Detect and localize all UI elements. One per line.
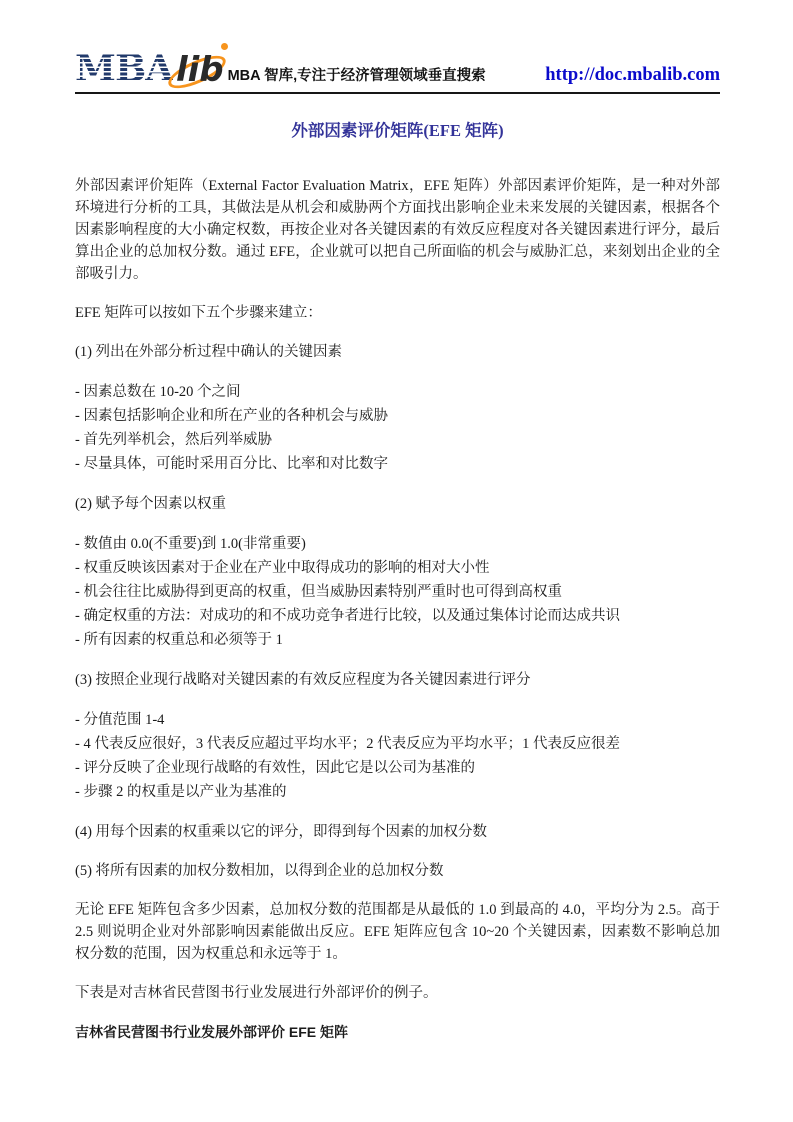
bullet-item: - 数值由 0.0(不重要)到 1.0(非常重要)	[75, 532, 720, 556]
site-tagline: MBA 智库,专注于经济管理领域垂直搜索	[228, 64, 486, 87]
bullet-item: - 步骤 2 的权重是以产业为基准的	[75, 780, 720, 804]
logo-dot-icon	[221, 43, 228, 50]
bullet-item: - 权重反映该因素对于企业在产业中取得成功的影响的相对大小性	[75, 556, 720, 580]
document-page: MBA lib MBA 智库,专注于经济管理领域垂直搜索 http://doc.…	[0, 0, 793, 1122]
logo-lib-text: lib	[176, 50, 224, 90]
step-2-title: (2) 赋予每个因素以权重	[75, 493, 720, 515]
bullet-item: - 因素包括影响企业和所在产业的各种机会与威胁	[75, 404, 720, 428]
logo-lib-group: lib	[176, 53, 224, 87]
step-5-title: (5) 将所有因素的加权分数相加，以得到企业的总加权分数	[75, 860, 720, 882]
mbalib-logo: MBA lib	[75, 50, 224, 87]
document-title: 外部因素评价矩阵(EFE 矩阵)	[75, 120, 720, 142]
doc-site-link[interactable]: http://doc.mbalib.com	[545, 65, 720, 87]
document-body: 外部因素评价矩阵(EFE 矩阵) 外部因素评价矩阵（External Facto…	[0, 94, 793, 1043]
summary-paragraph: 无论 EFE 矩阵包含多少因素，总加权分数的范围都是从最低的 1.0 到最高的 …	[75, 899, 720, 965]
table-note: 下表是对吉林省民营图书行业发展进行外部评价的例子。	[75, 982, 720, 1004]
intro-paragraph: 外部因素评价矩阵（External Factor Evaluation Matr…	[75, 175, 720, 285]
efe-table-title: 吉林省民营图书行业发展外部评价 EFE 矩阵	[75, 1021, 720, 1043]
bullet-item: - 尽量具体，可能时采用百分比、比率和对比数字	[75, 452, 720, 476]
bullet-item: - 首先列举机会，然后列举威胁	[75, 428, 720, 452]
bullet-item: - 分值范围 1-4	[75, 708, 720, 732]
bullet-item: - 确定权重的方法：对成功的和不成功竞争者进行比较，以及通过集体讨论而达成共识	[75, 604, 720, 628]
step-3-title: (3) 按照企业现行战略对关键因素的有效反应程度为各关键因素进行评分	[75, 669, 720, 691]
bullet-item: - 评分反映了企业现行战略的有效性，因此它是以公司为基准的	[75, 756, 720, 780]
bullet-item: - 机会往往比威胁得到更高的权重，但当威胁因素特别严重时也可得到高权重	[75, 580, 720, 604]
steps-lead-paragraph: EFE 矩阵可以按如下五个步骤来建立：	[75, 302, 720, 324]
bullet-item: - 4 代表反应很好，3 代表反应超过平均水平；2 代表反应为平均水平；1 代表…	[75, 732, 720, 756]
page-header: MBA lib MBA 智库,专注于经济管理领域垂直搜索 http://doc.…	[75, 50, 720, 94]
bullet-item: - 所有因素的权重总和必须等于 1	[75, 628, 720, 652]
step-3-bullet-list: - 分值范围 1-4 - 4 代表反应很好，3 代表反应超过平均水平；2 代表反…	[75, 708, 720, 804]
step-1-bullet-list: - 因素总数在 10-20 个之间 - 因素包括影响企业和所在产业的各种机会与威…	[75, 380, 720, 476]
step-1-title: (1) 列出在外部分析过程中确认的关键因素	[75, 341, 720, 363]
step-4-title: (4) 用每个因素的权重乘以它的评分，即得到每个因素的加权分数	[75, 821, 720, 843]
bullet-item: - 因素总数在 10-20 个之间	[75, 380, 720, 404]
logo-mba-text: MBA	[75, 50, 173, 87]
step-2-bullet-list: - 数值由 0.0(不重要)到 1.0(非常重要) - 权重反映该因素对于企业在…	[75, 532, 720, 652]
